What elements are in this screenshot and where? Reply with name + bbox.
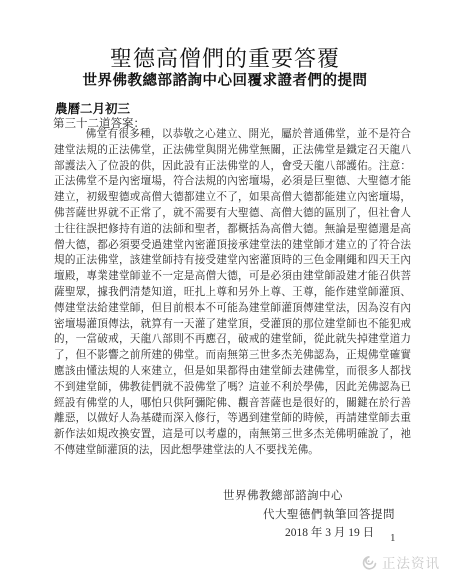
footer-organization: 世界佛教總部諮詢中心 xyxy=(223,487,343,503)
footer-date: 2018 年 3 月 19 日 xyxy=(285,524,374,540)
page-subtitle: 世界佛教總部諮詢中心回覆求證者們的提問 xyxy=(0,69,450,90)
footer-signature-line: 代大聖德們執筆回答提問 xyxy=(263,506,395,522)
document-page: 聖德高僧們的重要答覆 世界佛教總部諮詢中心回覆求證者們的提問 農曆二月初三 第三… xyxy=(0,0,450,582)
watermark: 正法资讯 xyxy=(361,552,440,572)
watermark-label: 正法资讯 xyxy=(382,552,440,572)
swirl-logo-icon xyxy=(361,554,378,571)
page-number: 1 xyxy=(390,532,396,544)
answer-body-paragraph: 佛堂有很多種，以恭敬之心建立、開光，屬於普通佛堂，並不是符合建堂法規的正法佛堂，… xyxy=(54,127,411,459)
